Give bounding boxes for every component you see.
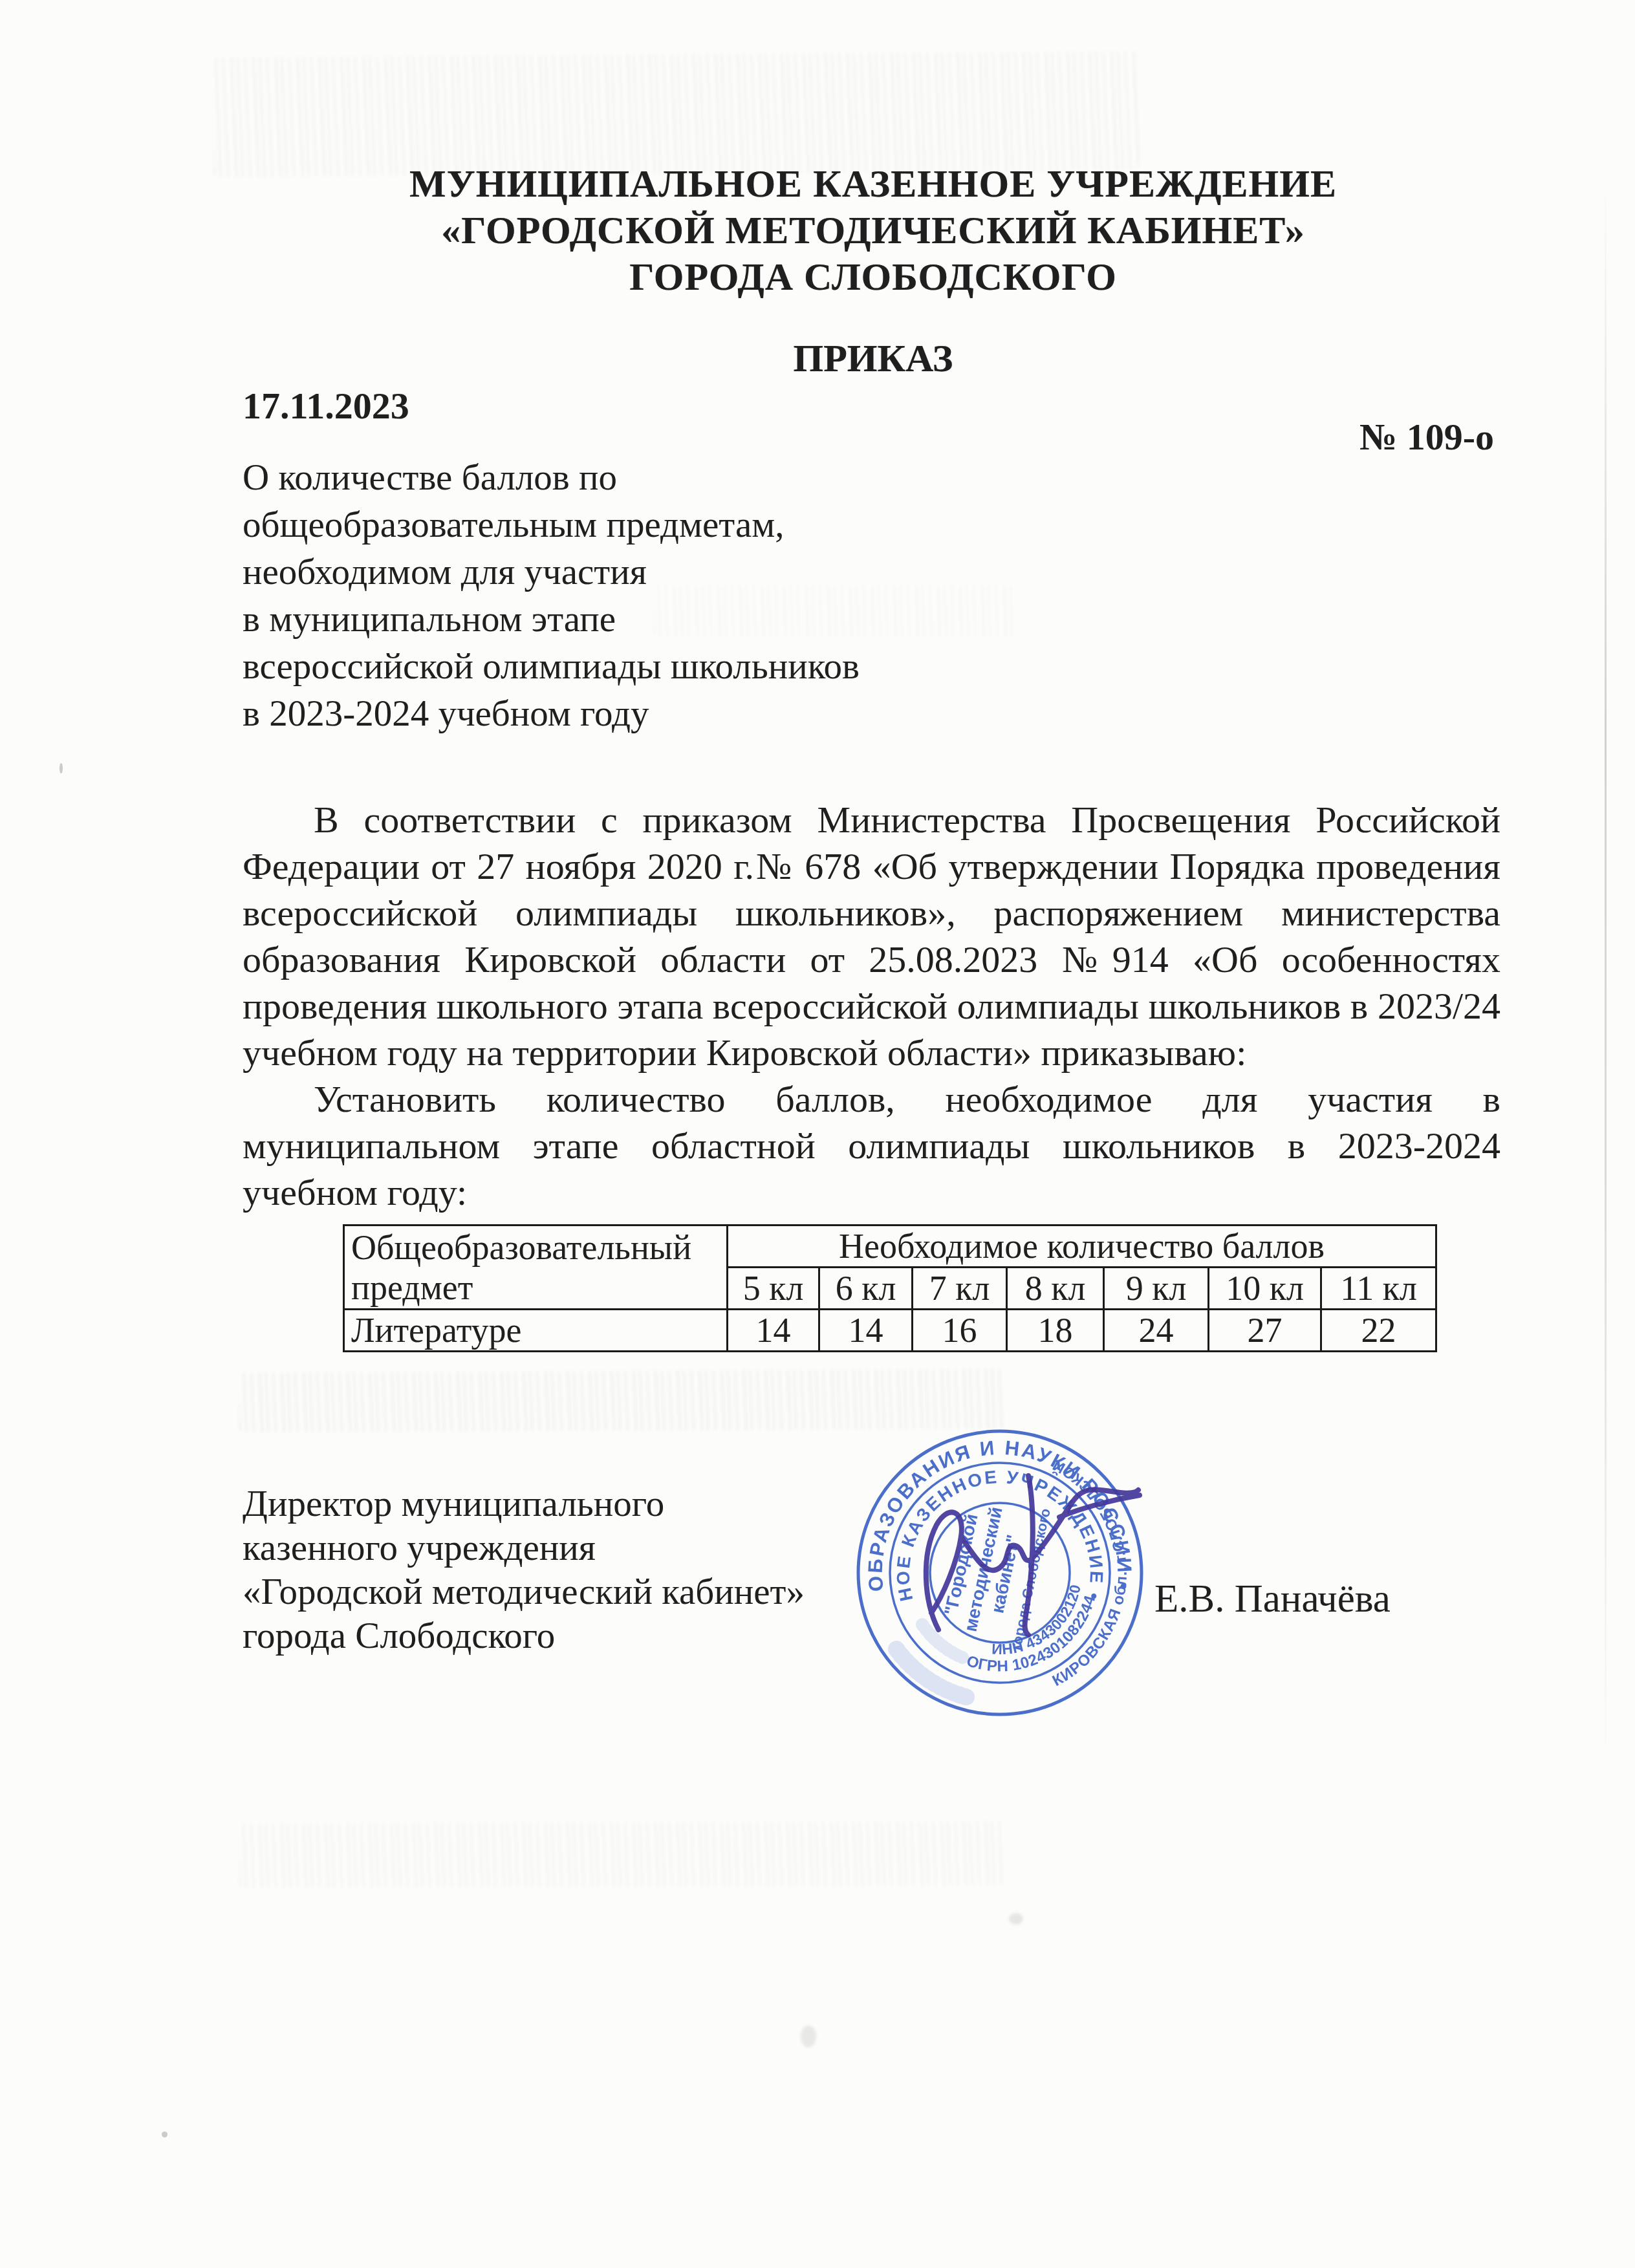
- scan-noise-top: [213, 51, 1138, 177]
- org-name-line1: МУНИЦИПАЛЬНОЕ КАЗЕННОЕ УЧРЕЖДЕНИЕ: [259, 160, 1488, 207]
- column-header-grade-11: 11 кл: [1321, 1268, 1436, 1310]
- body-paragraph-2: Установить количество баллов, необходимо…: [243, 1076, 1500, 1216]
- scores-table-container: Общеобразовательный предмет Необходимое …: [343, 1224, 1437, 1352]
- document-subject: О количестве баллов по общеобразовательн…: [243, 454, 1051, 737]
- cell-subject: Литературе: [344, 1310, 728, 1352]
- subject-line: необходимом для участия: [243, 548, 1051, 596]
- document-type-title: ПРИКАЗ: [259, 336, 1488, 381]
- org-header: МУНИЦИПАЛЬНОЕ КАЗЕННОЕ УЧРЕЖДЕНИЕ «ГОРОД…: [259, 160, 1488, 300]
- document-body: В соответствии с приказом Министерства П…: [243, 797, 1500, 1216]
- column-header-grade-9: 9 кл: [1104, 1268, 1209, 1310]
- signatory-name: Е.В. Паначёва: [1154, 1577, 1391, 1622]
- cell-score-5: 14: [728, 1310, 819, 1352]
- cell-score-11: 22: [1321, 1310, 1436, 1352]
- scan-speck: [801, 2025, 816, 2047]
- subject-line: общеобразовательным предметам,: [243, 501, 1051, 548]
- subject-line: в муниципальном этапе: [243, 596, 1051, 643]
- scores-table: Общеобразовательный предмет Необходимое …: [343, 1224, 1437, 1352]
- scan-noise-middle: [239, 1369, 1006, 1432]
- scanned-document-page: МУНИЦИПАЛЬНОЕ КАЗЕННОЕ УЧРЕЖДЕНИЕ «ГОРОД…: [0, 0, 1635, 2268]
- subject-line: О количестве баллов по: [243, 454, 1051, 501]
- column-header-grade-6: 6 кл: [819, 1268, 913, 1310]
- column-header-grade-10: 10 кл: [1209, 1268, 1321, 1310]
- column-header-grade-8: 8 кл: [1007, 1268, 1104, 1310]
- column-header-grade-5: 5 кл: [728, 1268, 819, 1310]
- column-header-scores-group: Необходимое количество баллов: [728, 1226, 1436, 1268]
- scan-speck: [60, 763, 63, 773]
- scan-noise-bottom: [239, 1821, 1006, 1888]
- cell-score-8: 18: [1007, 1310, 1104, 1352]
- cell-score-7: 16: [913, 1310, 1007, 1352]
- org-name-line3: ГОРОДА СЛОБОДСКОГО: [259, 254, 1488, 300]
- scan-edge-line: [1605, 0, 1607, 2268]
- cell-score-9: 24: [1104, 1310, 1209, 1352]
- official-stamp: ОБРАЗОВАНИЯ И НАУКИ РОССИИ • КИРОВСКАЯ о…: [852, 1425, 1147, 1720]
- scan-speck: [1009, 1913, 1023, 1925]
- document-date: 17.11.2023: [243, 384, 409, 427]
- org-name-line2: «ГОРОДСКОЙ МЕТОДИЧЕСКИЙ КАБИНЕТ»: [259, 207, 1488, 254]
- column-header-subject: Общеобразовательный предмет: [344, 1226, 728, 1310]
- subject-line: в 2023-2024 учебном году: [243, 690, 1051, 737]
- cell-score-10: 27: [1209, 1310, 1321, 1352]
- table-header-row-1: Общеобразовательный предмет Необходимое …: [344, 1226, 1436, 1268]
- document-number: № 109-о: [1359, 415, 1494, 459]
- table-row: Литературе 14 14 16 18 24 27 22: [344, 1310, 1436, 1352]
- body-paragraph-1: В соответствии с приказом Министерства П…: [243, 797, 1500, 1076]
- cell-score-6: 14: [819, 1310, 913, 1352]
- column-header-grade-7: 7 кл: [913, 1268, 1007, 1310]
- subject-line: всероссийской олимпиады школьников: [243, 643, 1051, 690]
- scan-speck: [162, 2132, 168, 2137]
